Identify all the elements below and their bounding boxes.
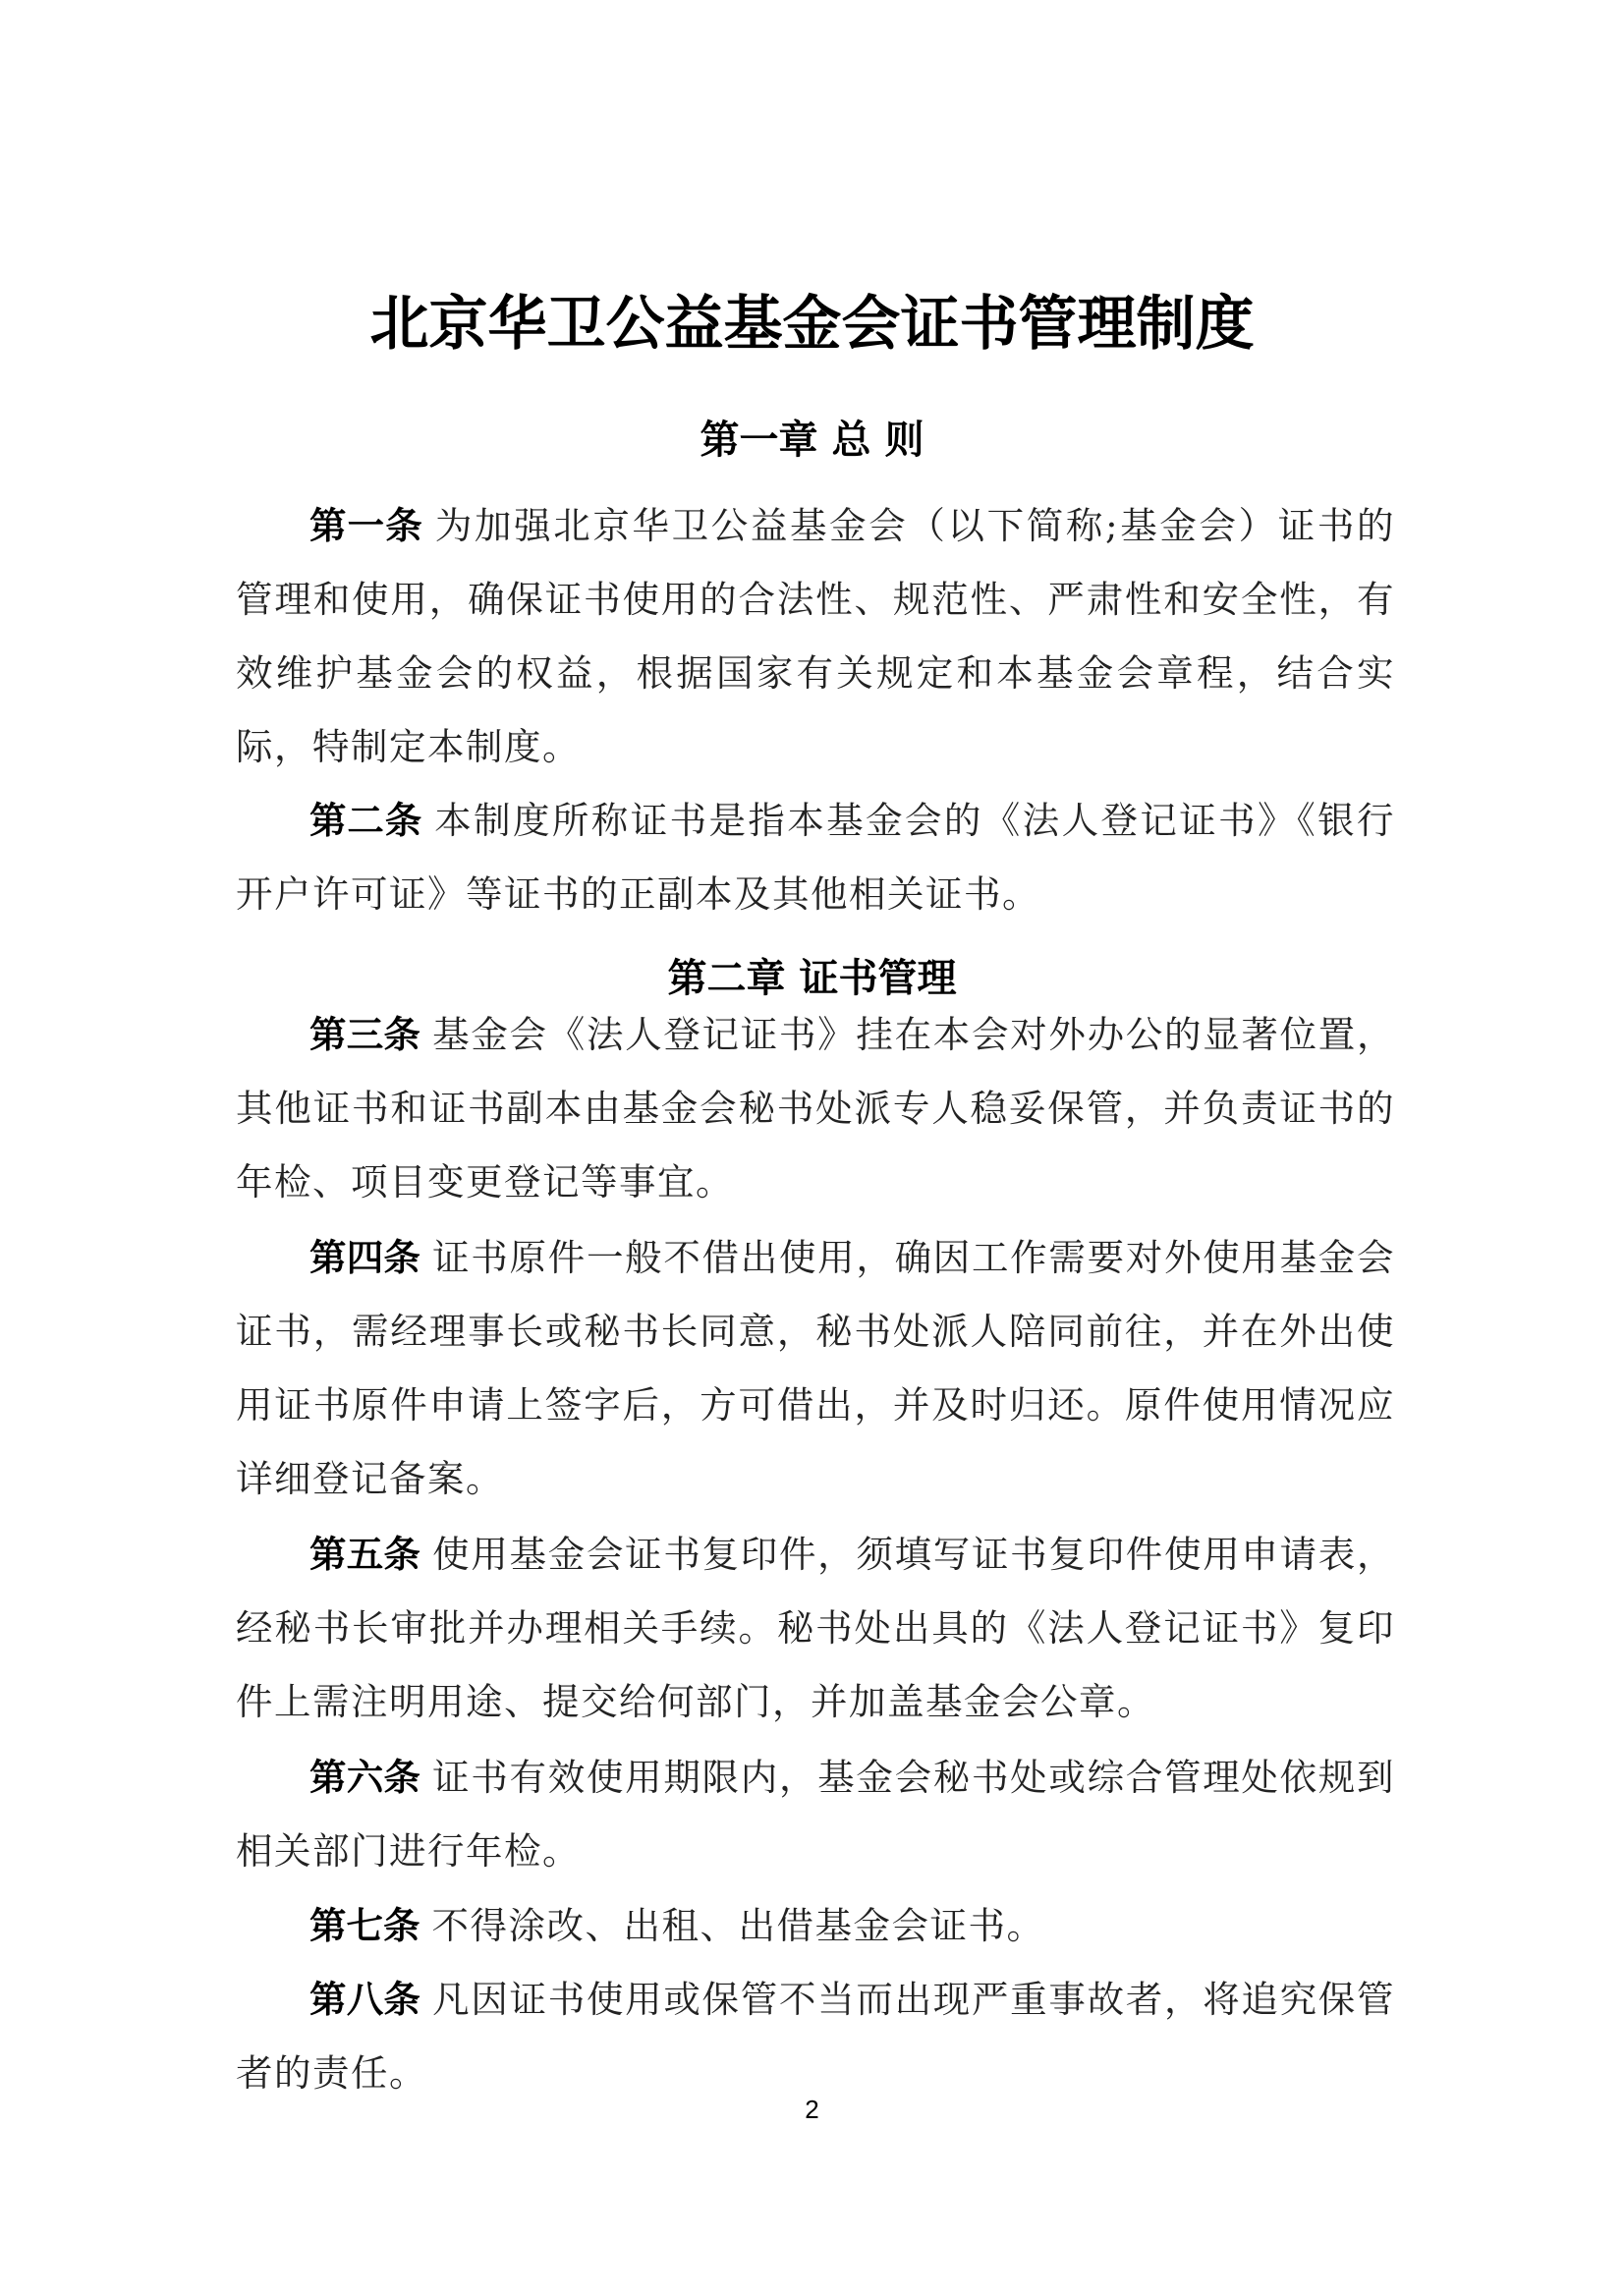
article-label: 第五条 <box>309 1533 420 1576</box>
article-text: 不得涂改、出租、出借基金会证书。 <box>432 1904 1045 1947</box>
page-number: 2 <box>0 2095 1624 2125</box>
document-title: 北京华卫公益基金会证书管理制度 <box>0 285 1624 364</box>
chapter-name: 总 则 <box>832 418 924 463</box>
article-4: 第四条证书原件一般不借出使用，确因工作需要对外使用基金会证书，需经理事长或秘书长… <box>236 1221 1395 1516</box>
chapter-number: 第二章 <box>668 956 786 1001</box>
article-8: 第八条凡因证书使用或保管不当而出现严重事故者，将追究保管者的责任。 <box>236 1963 1395 2110</box>
article-2: 第二条本制度所称证书是指本基金会的《法人登记证书》《银行开户许可证》等证书的正副… <box>236 784 1395 931</box>
chapter-number: 第一章 <box>700 418 818 463</box>
article-3: 第三条基金会《法人登记证书》挂在本会对外办公的显著位置，其他证书和证书副本由基金… <box>236 998 1395 1219</box>
article-label: 第八条 <box>309 1978 420 2021</box>
article-1: 第一条为加强北京华卫公益基金会（以下简称;基金会）证书的管理和使用，确保证书使用… <box>236 489 1395 784</box>
article-label: 第六条 <box>309 1756 420 1799</box>
article-7: 第七条不得涂改、出租、出借基金会证书。 <box>236 1889 1395 1963</box>
article-label: 第二条 <box>309 799 422 842</box>
article-6: 第六条证书有效使用期限内，基金会秘书处或综合管理处依规到相关部门进行年检。 <box>236 1741 1395 1888</box>
article-label: 第一条 <box>309 504 423 547</box>
chapter-heading-1: 第一章总 则 <box>0 413 1624 468</box>
document-page: 北京华卫公益基金会证书管理制度 第一章总 则 第一条为加强北京华卫公益基金会（以… <box>0 0 1624 2296</box>
article-label: 第四条 <box>309 1236 420 1279</box>
article-label: 第三条 <box>309 1013 420 1056</box>
article-5: 第五条使用基金会证书复印件，须填写证书复印件使用申请表，经秘书长审批并办理相关手… <box>236 1518 1395 1739</box>
article-label: 第七条 <box>309 1904 420 1947</box>
chapter-name: 证书管理 <box>800 956 957 1001</box>
